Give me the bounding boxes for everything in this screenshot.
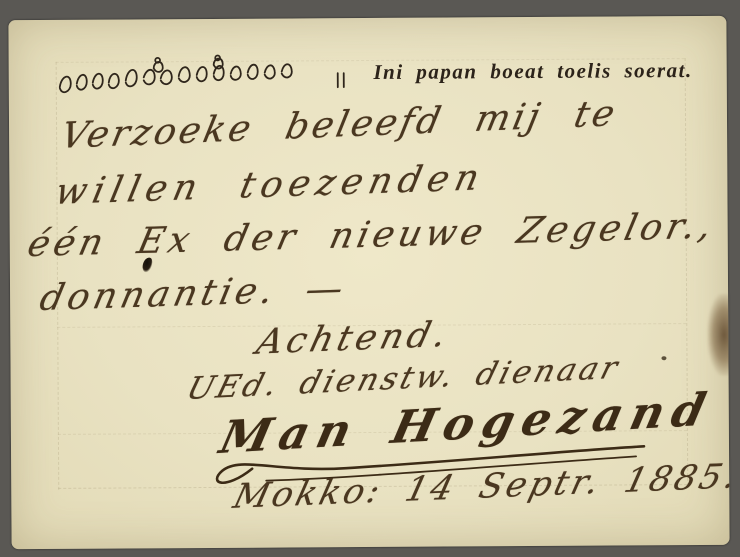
edge-stain [707,294,730,376]
printed-instruction: Ini papan boeat toelis soerat. [373,58,692,85]
handwritten-line-1: Verzoeke beleefd mij te [57,93,621,157]
postcard: Ini papan boeat toelis soerat. Verzoeke … [8,16,729,549]
handwritten-line-2: willen toezenden [52,157,489,213]
javanese-script-text [54,51,359,101]
photo-background: Ini papan boeat toelis soerat. Verzoeke … [0,0,740,557]
ink-speck [661,356,666,360]
form-rule-left [56,62,60,490]
handwritten-closing: Achtend. [252,315,454,363]
handwritten-line-3: één Ex der nieuwe Zegelor., [24,206,719,266]
handwritten-line-4: donnantie. — [36,268,351,319]
